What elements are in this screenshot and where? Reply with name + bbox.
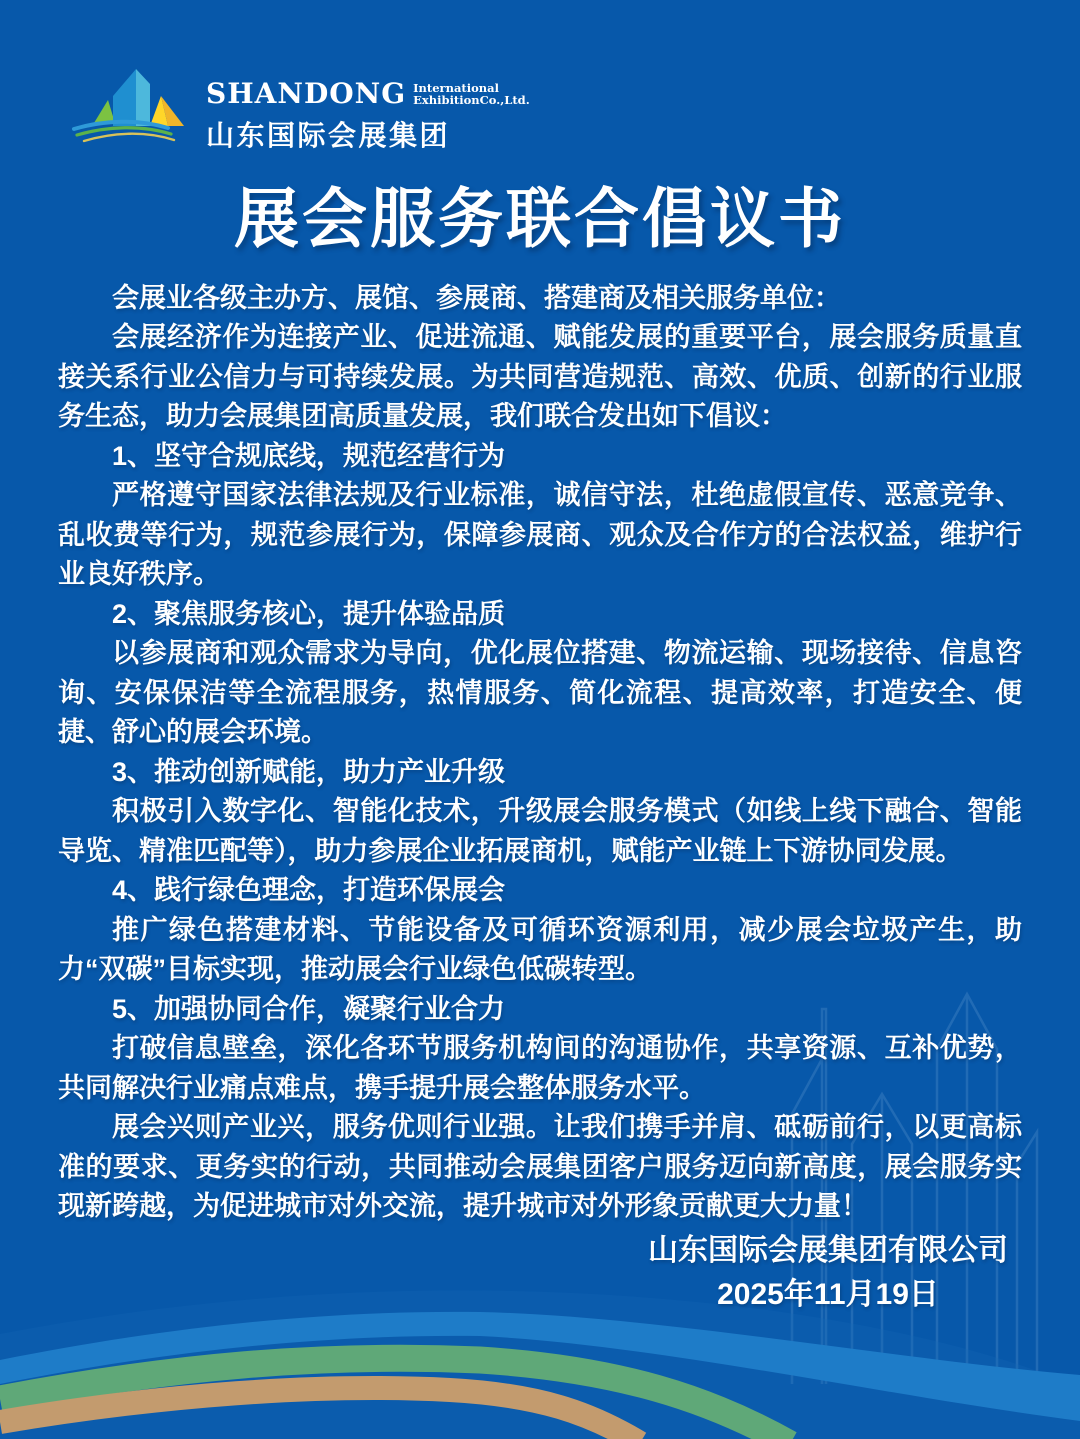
poster-title: 展会服务联合倡议书 (0, 0, 1080, 255)
section-5-heading: 5、加强协同合作，凝聚行业合力 (58, 990, 1022, 1030)
signature-date: 2025年11月19日 (648, 1273, 1008, 1317)
signature-block: 山东国际会展集团有限公司 2025年11月19日 (648, 1229, 1008, 1317)
section-3-text: 积极引入数字化、智能化技术，升级展会服务模式（如线上线下融合、智能导览、精准匹配… (58, 792, 1022, 871)
section-4-text: 推广绿色搭建材料、节能设备及可循环资源利用，减少展会垃圾产生，助力“双碳”目标实… (58, 911, 1022, 990)
section-2-text: 以参展商和观众需求为导向，优化展位搭建、物流运输、现场接待、信息咨询、安保保洁等… (58, 634, 1022, 753)
closing-paragraph: 展会兴则产业兴，服务优则行业强。让我们携手并肩、砥砺前行，以更高标准的要求、更务… (58, 1108, 1022, 1227)
signature-company: 山东国际会展集团有限公司 (648, 1229, 1008, 1273)
section-2-heading: 2、聚焦服务核心，提升体验品质 (58, 595, 1022, 635)
body-text: 会展业各级主办方、展馆、参展商、搭建商及相关服务单位： 会展经济作为连接产业、促… (58, 279, 1022, 1227)
section-5-text: 打破信息壁垒，深化各环节服务机构间的沟通协作，共享资源、互补优势，共同解决行业痛… (58, 1029, 1022, 1108)
salutation: 会展业各级主办方、展馆、参展商、搭建商及相关服务单位： (58, 279, 1022, 319)
initiative-poster: SHANDONG International ExhibitionCo.,Ltd… (0, 0, 1080, 1439)
intro-paragraph: 会展经济作为连接产业、促进流通、赋能发展的重要平台，展会服务质量直接关系行业公信… (58, 318, 1022, 437)
section-1-text: 严格遵守国家法律法规及行业标准，诚信守法，杜绝虚假宣传、恶意竞争、乱收费等行为，… (58, 476, 1022, 595)
section-3-heading: 3、推动创新赋能，助力产业升级 (58, 753, 1022, 793)
section-4-heading: 4、践行绿色理念，打造环保展会 (58, 871, 1022, 911)
section-1-heading: 1、坚守合规底线，规范经营行为 (58, 437, 1022, 477)
